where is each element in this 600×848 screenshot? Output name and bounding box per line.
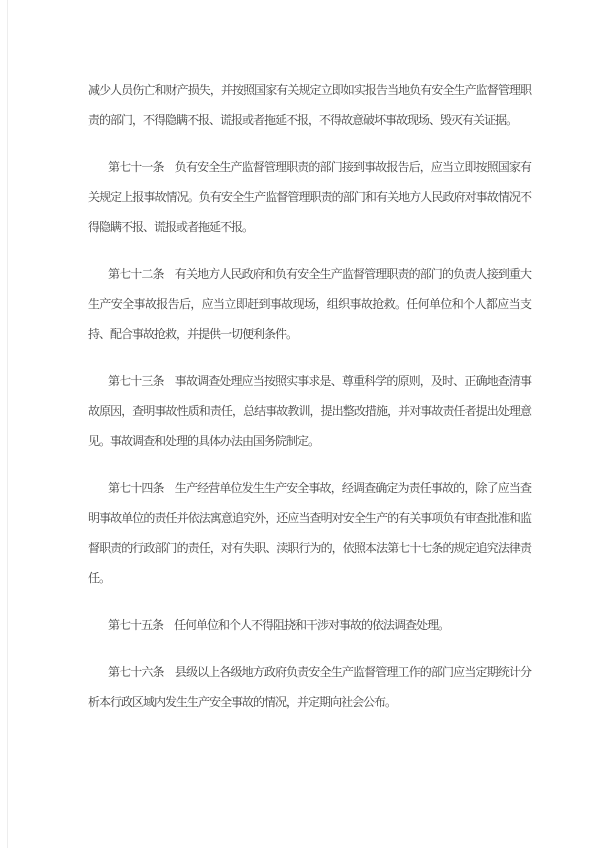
document-page: 减少人员伤亡和财产损失，并按照国家有关规定立即如实报告当地负有安全生产监督管理职… [0,0,600,848]
paragraph-article-72: 第七十二条 有关地方人民政府和负有安全生产监督管理职责的部门的负责人接到重大生产… [88,259,531,349]
paragraph-article-73: 第七十三条 事故调查处理应当按照实事求是、尊重科学的原则，及时、正确地查清事故原… [88,366,531,456]
page-edge-line [7,0,8,848]
document-body-text: 减少人员伤亡和财产损失，并按照国家有关规定立即如实报告当地负有安全生产监督管理职… [88,75,531,734]
paragraph-article-76: 第七十六条 县级以上各级地方政府负责安全生产监督管理工作的部门应当定期统计分析本… [88,657,531,717]
paragraph-article-74: 第七十四条 生产经营单位发生生产安全事故，经调查确定为责任事故的，除了应当查明事… [88,473,531,593]
paragraph-article-71: 第七十一条 负有安全生产监督管理职责的部门接到事故报告后，应当立即按照国家有关规… [88,152,531,242]
paragraph-article-75: 第七十五条 任何单位和个人不得阻挠和干涉对事故的依法调查处理。 [88,610,531,640]
paragraph-continuation: 减少人员伤亡和财产损失，并按照国家有关规定立即如实报告当地负有安全生产监督管理职… [88,75,531,135]
